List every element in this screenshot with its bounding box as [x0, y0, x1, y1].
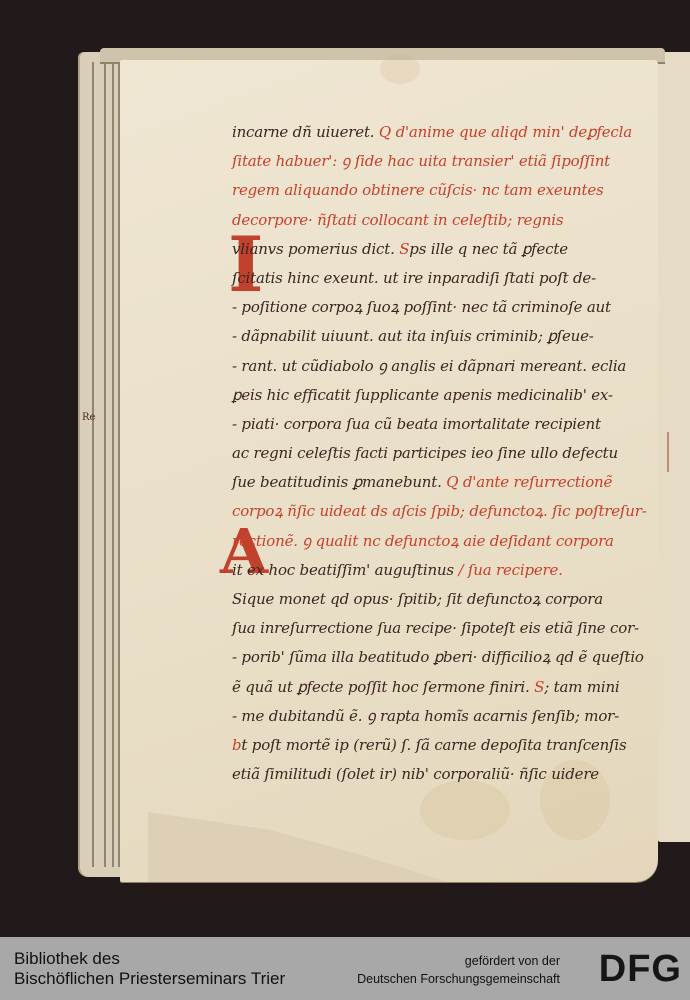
body-text: ꝑeis hic efficatit ſupplicante apenis me… [232, 386, 613, 404]
funding-line-2: Deutschen Forschungsgemeinschaft [357, 970, 560, 988]
body-text: - porib' ſũma illa beatitudo ꝑberi· diff… [232, 648, 644, 666]
binding-margin-note: Re [82, 412, 95, 423]
manuscript-line: rectionẽ. ꝯ qualit nc defunctoꝝ aie deſi… [232, 527, 632, 556]
manuscript-line: - poſitione corpoꝝ ſuoꝝ poſſint· nec tã … [232, 293, 632, 322]
rubric-text: rectionẽ. ꝯ qualit nc defunctoꝝ aie deſi… [232, 532, 614, 550]
body-text: ſcitatis hinc exeunt. ut ire inparadiſi … [232, 269, 596, 287]
body-text: it ex hoc beatiſſim' auguſtinus [232, 561, 454, 579]
rubric-text: S [395, 240, 410, 258]
rubric-text: corpoꝝ ñſic uideat ds aſcis ſpib; defunc… [232, 502, 647, 520]
library-name: Bibliothek des Bischöflichen Priestersem… [14, 949, 285, 989]
manuscript-line: ſue beatitudinis ꝑmanebunt. Q d'ante reſ… [232, 468, 632, 497]
library-line-2: Bischöflichen Priesterseminars Trier [14, 969, 285, 989]
manuscript-line: decorpore· ñſtati collocant in celeſtib;… [232, 206, 632, 235]
body-text: - me dubitandũ ẽ. ꝯ rapta homĩs acarnis … [232, 707, 619, 725]
manuscript-line: ꝑeis hic efficatit ſupplicante apenis me… [232, 381, 632, 410]
manuscript-line: - me dubitandũ ẽ. ꝯ rapta homĩs acarnis … [232, 702, 632, 731]
manuscript-line: ſcitatis hinc exeunt. ut ire inparadiſi … [232, 264, 632, 293]
manuscript-line: bt poſt mortẽ ip (rerũ) ſ. ſã carne depo… [232, 731, 632, 760]
manuscript-page: I A incarne dñ uiueret. Q d'anime que al… [120, 60, 658, 882]
funding-line-1: gefördert von der [357, 952, 560, 970]
manuscript-line: it ex hoc beatiſſim' auguſtinus / ſua re… [232, 556, 632, 585]
body-text: - piati· corpora ſua cũ beata imortalita… [232, 415, 601, 433]
manuscript-line: incarne dñ uiueret. Q d'anime que aliqd … [232, 118, 632, 147]
page-fold-corner [148, 812, 448, 882]
manuscript-line: - dãpnabilit uiuunt. aut ita inſuis crim… [232, 322, 632, 351]
rubric-text: decorpore· ñſtati collocant in celeſtib;… [232, 211, 563, 229]
rubric-text: S [530, 678, 545, 696]
manuscript-line: ac regni celeſtis facti participes ieo ſ… [232, 439, 632, 468]
body-text: ſua inreſurrectione ſua recipe· ſipoteſt… [232, 619, 639, 637]
binding-strip [92, 62, 94, 867]
manuscript-line: etiã ſimilitudi (ſolet ir) nib' corporal… [232, 760, 632, 789]
body-text: t poſt mortẽ ip (rerũ) ſ. ſã carne depoſ… [241, 736, 626, 754]
manuscript-line: ſua inreſurrectione ſua recipe· ſipoteſt… [232, 614, 632, 643]
footer-banner: Bibliothek des Bischöflichen Priestersem… [0, 937, 690, 1000]
manuscript-line: - piati· corpora ſua cũ beata imortalita… [232, 410, 632, 439]
rubric-text: / ſua recipere. [454, 561, 563, 579]
rubric-text: b [232, 736, 241, 754]
manuscript-line: Sique monet qd opus· ſpitib; ſit defunct… [232, 585, 632, 614]
manuscript-line: - rant. ut cũdiabolo ꝯ anglis ei dãpnari… [232, 352, 632, 381]
facing-page-edge [655, 52, 690, 842]
body-text: ac regni celeſtis facti participes ieo ſ… [232, 444, 618, 462]
body-text: - poſitione corpoꝝ ſuoꝝ poſſint· nec tã … [232, 298, 611, 316]
body-text: ẽ quã ut ꝑfecte poſſit hoc ſermone finir… [232, 678, 530, 696]
stain [380, 54, 420, 84]
body-text: vlianvs pomerius dict. [232, 240, 395, 258]
rubric-text: Q d'anime que aliqd min' deꝑfecla [374, 123, 632, 141]
manuscript-line: ſitate habuer': ꝯ ſide hac uita transier… [232, 147, 632, 176]
body-text: ps ille q nec tã ꝑfecte [409, 240, 568, 258]
manuscript-line: - porib' ſũma illa beatitudo ꝑberi· diff… [232, 643, 632, 672]
facing-page-mark [667, 432, 675, 472]
body-text: incarne dñ uiueret. [232, 123, 374, 141]
book-binding-edge: Re [78, 52, 126, 877]
binding-strip [104, 62, 106, 867]
binding-strip [112, 62, 114, 867]
manuscript-text: incarne dñ uiueret. Q d'anime que aliqd … [232, 118, 632, 789]
library-line-1: Bibliothek des [14, 949, 285, 969]
body-text: - rant. ut cũdiabolo ꝯ anglis ei dãpnari… [232, 357, 626, 375]
funding-note: gefördert von der Deutschen Forschungsge… [357, 952, 560, 988]
rubric-text: ſitate habuer': ꝯ ſide hac uita transier… [232, 152, 610, 170]
rubric-text: regem aliquando obtinere cũſcis· nc tam … [232, 181, 604, 199]
body-text: etiã ſimilitudi (ſolet ir) nib' corporal… [232, 765, 599, 783]
dfg-logo: DFG [599, 949, 682, 989]
manuscript-line: ẽ quã ut ꝑfecte poſſit hoc ſermone finir… [232, 673, 632, 702]
manuscript-line: vlianvs pomerius dict. Sps ille q nec tã… [232, 235, 632, 264]
body-text: Sique monet qd opus· ſpitib; ſit defunct… [232, 590, 603, 608]
manuscript-line: regem aliquando obtinere cũſcis· nc tam … [232, 176, 632, 205]
body-text: ; tam mini [544, 678, 619, 696]
body-text: ſue beatitudinis ꝑmanebunt. [232, 473, 442, 491]
manuscript-line: corpoꝝ ñſic uideat ds aſcis ſpib; defunc… [232, 497, 632, 526]
body-text: - dãpnabilit uiuunt. aut ita inſuis crim… [232, 327, 594, 345]
manuscript-viewer: Re I A incarne dñ uiueret. Q d'anime que… [0, 0, 690, 937]
rubric-text: Q d'ante reſurrectionẽ [442, 473, 613, 491]
